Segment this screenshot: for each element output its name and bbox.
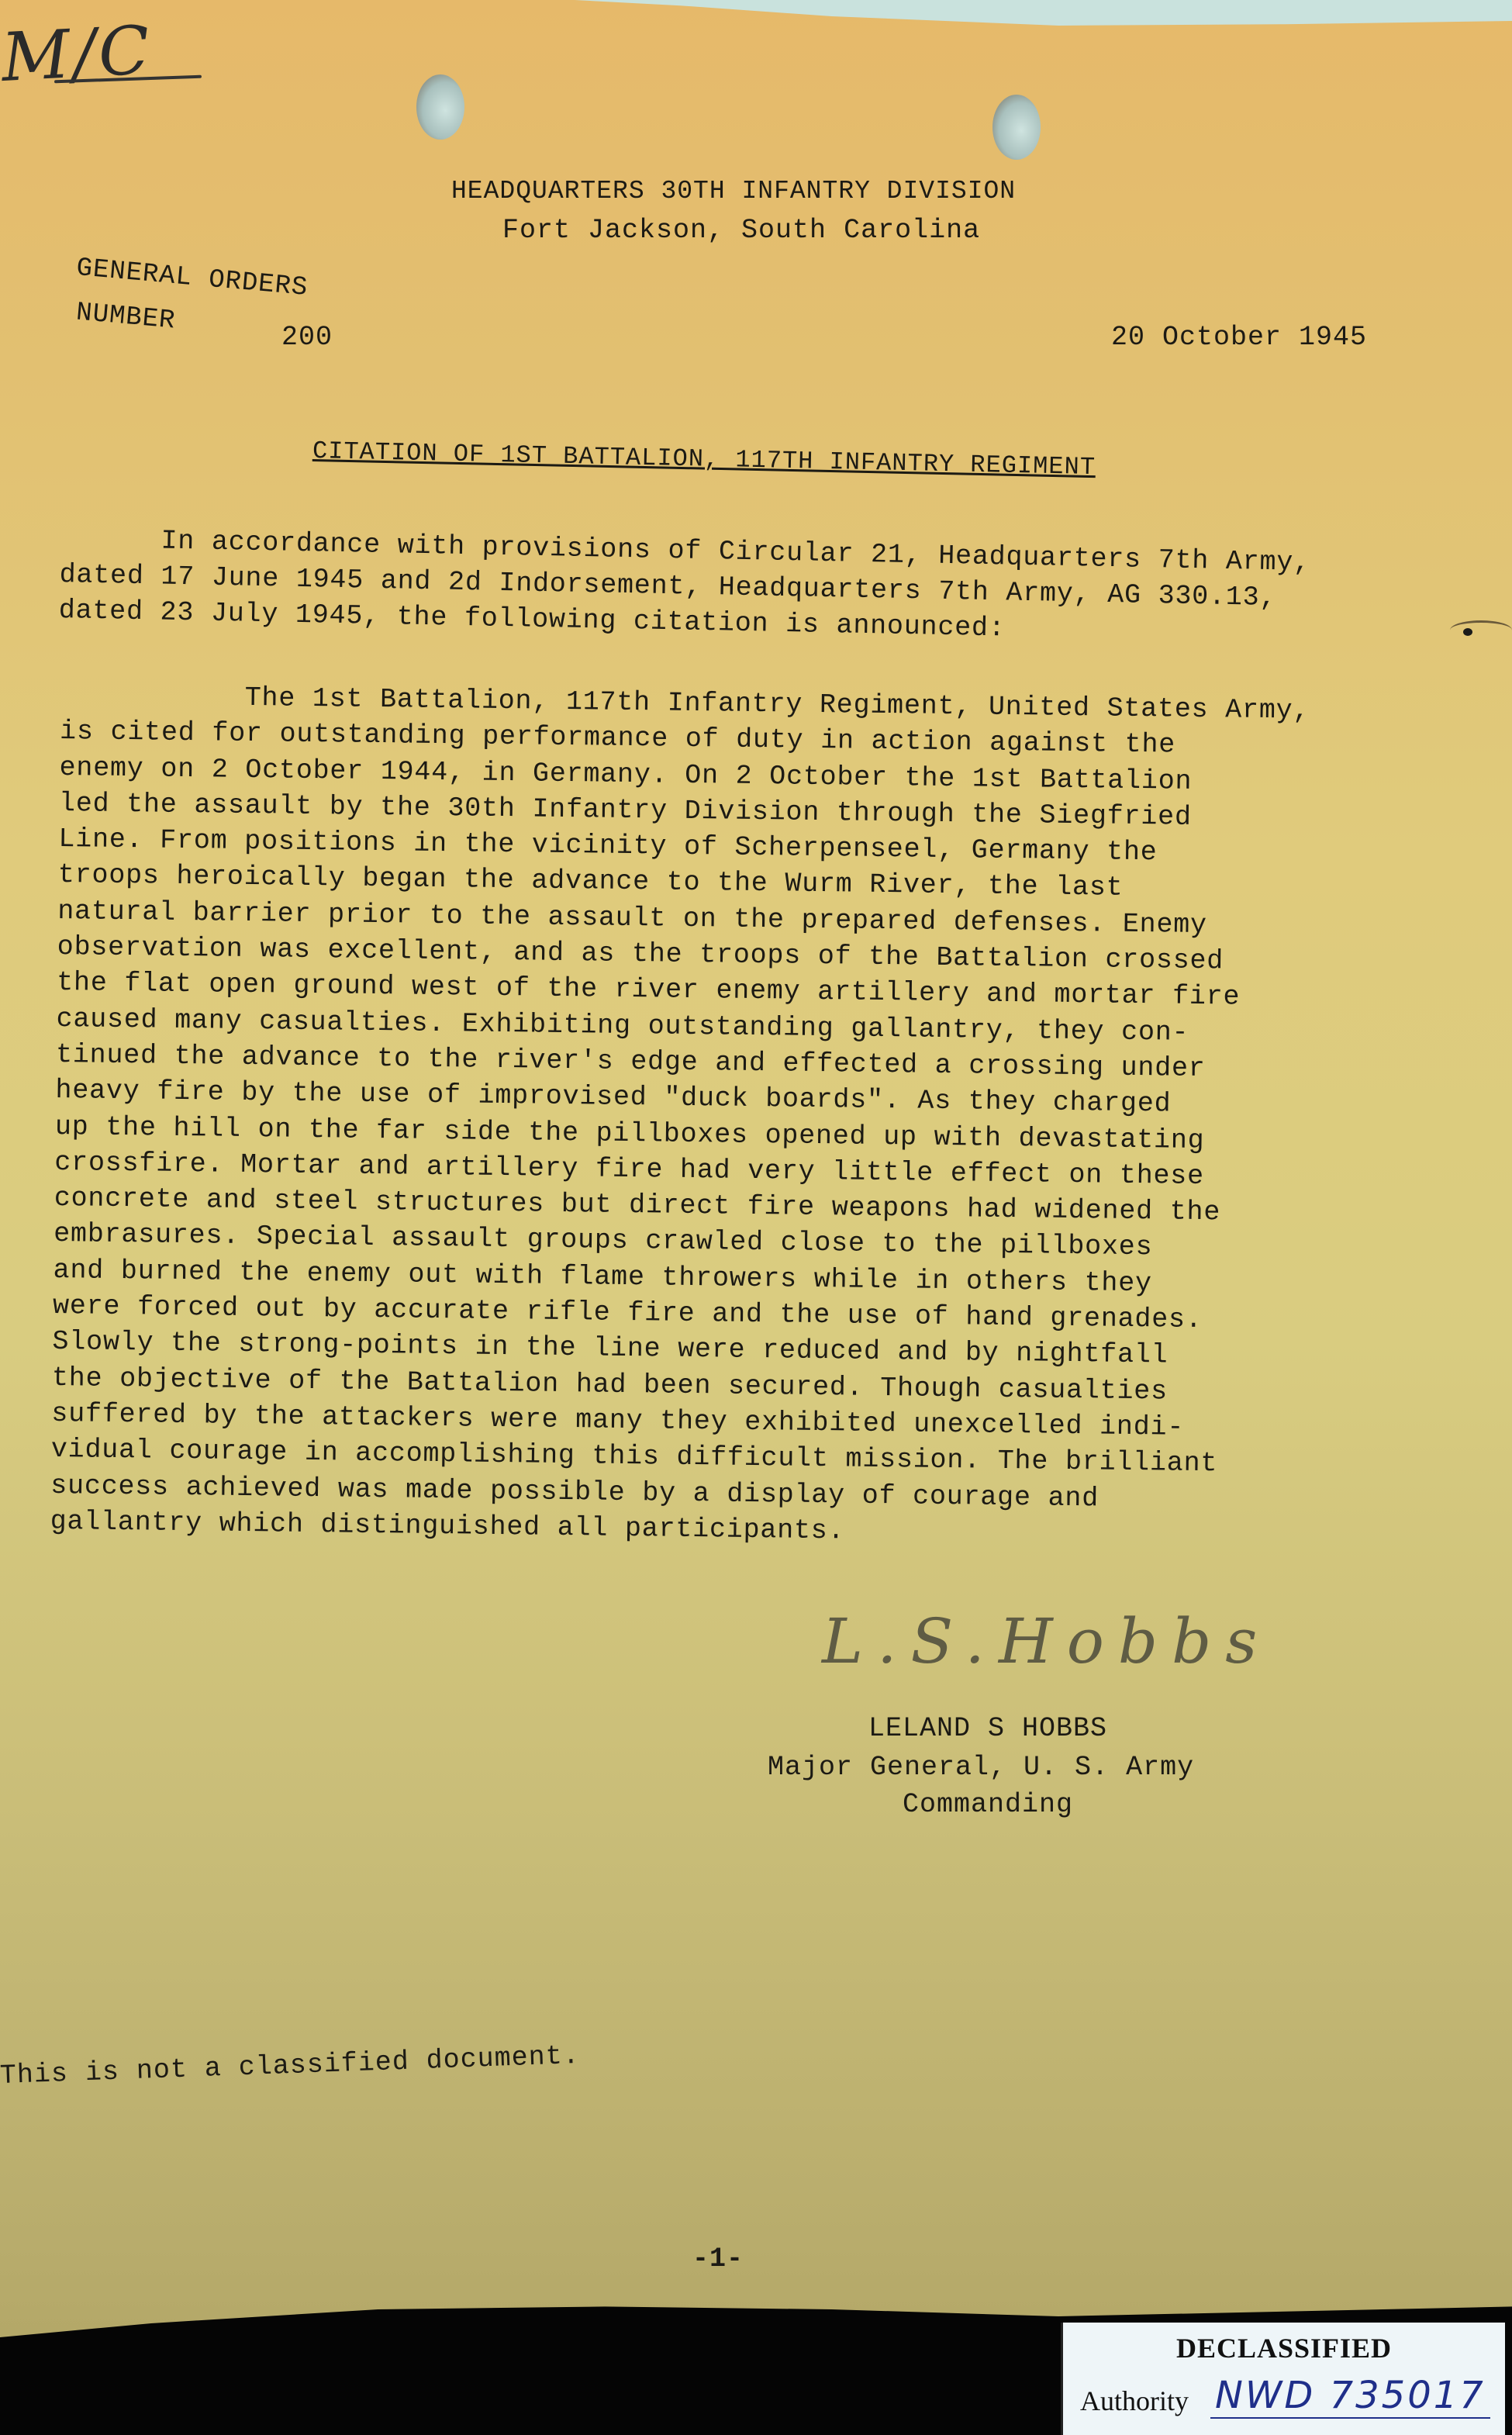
handwritten-signature: L.S.Hobbs <box>822 1605 1271 1677</box>
handwritten-annotation: M/C <box>0 12 154 97</box>
paper-tear-mark <box>1463 628 1472 636</box>
declassified-stamp: DECLASSIFIED Authority NWD 735017 <box>1061 2323 1505 2435</box>
page-number: -1- <box>692 2246 744 2273</box>
signatory-name: LELAND S HOBBS <box>868 1715 1107 1742</box>
order-number: 200 <box>281 324 333 351</box>
letterhead-unit: HEADQUARTERS 30TH INFANTRY DIVISION <box>451 178 1016 204</box>
stamp-authority-label: Authority <box>1080 2385 1189 2417</box>
signatory-role: Commanding <box>903 1791 1073 1818</box>
signatory-rank: Major General, U. S. Army <box>768 1754 1194 1781</box>
punch-hole-left <box>416 74 464 140</box>
paper-tear <box>1450 620 1512 640</box>
order-date: 20 October 1945 <box>1111 324 1367 351</box>
citation-paragraph: The 1st Battalion, 117th Infantry Regime… <box>50 678 1440 1556</box>
letterhead-location: Fort Jackson, South Carolina <box>502 217 980 244</box>
punch-hole-right <box>992 95 1041 160</box>
stamp-title: DECLASSIFIED <box>1063 2332 1505 2364</box>
stamp-authority-value: NWD 735017 <box>1210 2374 1490 2419</box>
